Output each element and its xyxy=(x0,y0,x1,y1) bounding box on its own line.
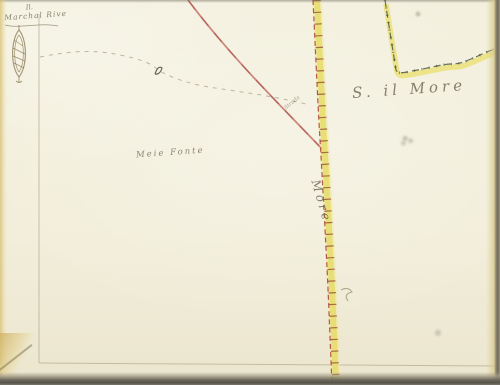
pencil-smudge xyxy=(398,132,416,148)
squiggle-mark xyxy=(341,288,352,301)
corner-note-flourish xyxy=(5,25,58,27)
field-track-dashed xyxy=(40,51,306,104)
map-frame-bottom xyxy=(39,363,497,366)
scan-edge-right xyxy=(486,0,500,385)
territory-boundary-band xyxy=(386,4,500,76)
scan-edge-top xyxy=(0,0,500,3)
diagonal-road xyxy=(188,0,325,152)
scan-edge-bottom xyxy=(0,372,500,385)
scan-edge-left xyxy=(0,0,7,385)
map-linework xyxy=(0,0,500,385)
ink-dot xyxy=(414,11,422,17)
diagonal-road-dashes xyxy=(188,0,325,152)
scanned-map-sheet: Il. Marchal Rive S. il More Meie Fonte M… xyxy=(0,0,500,385)
territory-boundary xyxy=(385,0,500,73)
cartouche-ornament xyxy=(13,25,26,83)
ink-smudge xyxy=(433,328,443,340)
territory-boundary-dots xyxy=(385,0,500,73)
